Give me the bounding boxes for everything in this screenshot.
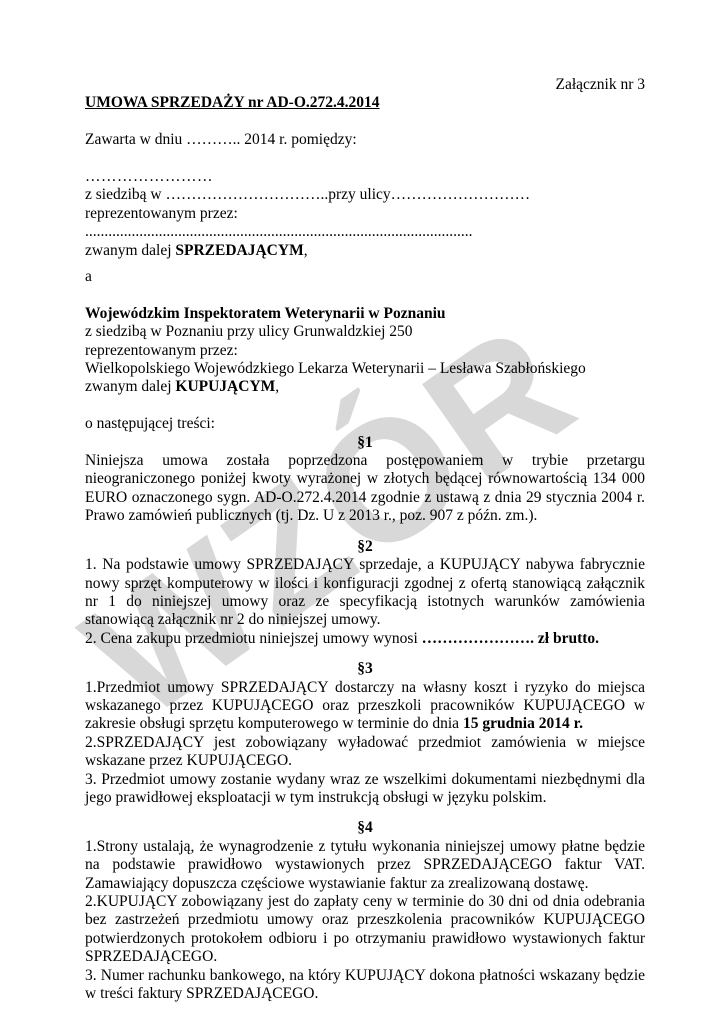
seller-representative-placeholder: ........................................… (85, 223, 645, 241)
attachment-label: Załącznik nr 3 (85, 76, 645, 94)
buyer-representative-name: Wielkopolskiego Wojewódzkiego Lekarza We… (85, 360, 645, 378)
document-page: WZÓR Załącznik nr 3 UMOWA SPRZEDAŻY nr A… (0, 0, 725, 1024)
contract-title-text: UMOWA SPRZEDAŻY nr AD-O.272.4.2014 (85, 94, 380, 111)
buyer-name: Wojewódzkim Inspektoratem Weterynarii w … (85, 305, 645, 323)
contract-body-intro: o następującej treści: (85, 415, 645, 433)
section-2: §2 1. Na podstawie umowy SPRZEDAJĄCY spr… (85, 538, 645, 648)
buyer-designation-line: zwanym dalej KUPUJĄCYM, (85, 378, 645, 396)
section-4-paragraph-2: 2.KUPUJĄCY zobowiązany jest do zapłaty c… (85, 893, 645, 967)
seller-address-line: z siedzibą w …………………………..przy ulicy……………… (85, 186, 645, 204)
seller-name-placeholder: …………………… (85, 168, 645, 186)
section-3-paragraph-3: 3. Przedmiot umowy zostanie wydany wraz … (85, 771, 645, 808)
section-4-paragraph-3: 3. Numer rachunku bankowego, na który KU… (85, 967, 645, 1004)
section-2-paragraph-2-text: 2. Cena zakupu przedmiotu niniejszej umo… (85, 630, 422, 647)
section-1-paragraph-1: Niniejsza umowa została poprzedzona post… (85, 452, 645, 526)
section-3-paragraph-2-text: 2.SPRZEDAJĄCY jest zobowiązany wyładować… (85, 734, 645, 769)
contract-content: Załącznik nr 3 UMOWA SPRZEDAŻY nr AD-O.2… (85, 76, 645, 1003)
buyer-designation-suffix: , (275, 378, 279, 395)
seller-representation-label: reprezentowanym przez: (85, 205, 645, 223)
section-4-paragraph-1: 1.Strony ustalają, że wynagrodzenie z ty… (85, 838, 645, 893)
date-line: Zawarta w dniu ……….. 2014 r. pomiędzy: (85, 131, 645, 149)
conjunction-a: a (85, 268, 645, 286)
seller-designation-suffix: , (304, 242, 308, 259)
section-1-paragraph-1-text: Niniejsza umowa została poprzedzona post… (85, 452, 645, 524)
seller-designation-name: SPRZEDAJĄCYM (175, 242, 303, 259)
section-3-paragraph-2: 2.SPRZEDAJĄCY jest zobowiązany wyładować… (85, 734, 645, 771)
buyer-designation-prefix: zwanym dalej (85, 378, 175, 395)
section-1: §1 Niniejsza umowa została poprzedzona p… (85, 434, 645, 526)
section-2-paragraph-2: 2. Cena zakupu przedmiotu niniejszej umo… (85, 630, 645, 648)
section-2-paragraph-1: 1. Na podstawie umowy SPRZEDAJĄCY sprzed… (85, 556, 645, 630)
section-2-paragraph-2-bold: …………………. zł brutto. (422, 630, 599, 647)
buyer-representation-label: reprezentowanym przez: (85, 342, 645, 360)
section-3-number: §3 (85, 660, 645, 678)
section-1-number: §1 (85, 434, 645, 452)
seller-designation-line: zwanym dalej SPRZEDAJĄCYM, (85, 242, 645, 260)
section-2-number: §2 (85, 538, 645, 556)
section-3-paragraph-1-bold: 15 grudnia 2014 r. (463, 715, 583, 732)
section-4: §4 1.Strony ustalają, że wynagrodzenie z… (85, 819, 645, 1003)
section-4-paragraph-1-text: 1.Strony ustalają, że wynagrodzenie z ty… (85, 838, 645, 892)
section-4-number: §4 (85, 819, 645, 837)
contract-title: UMOWA SPRZEDAŻY nr AD-O.272.4.2014 (85, 94, 645, 112)
section-4-paragraph-2-text: 2.KUPUJĄCY zobowiązany jest do zapłaty c… (85, 893, 645, 965)
section-3-paragraph-3-text: 3. Przedmiot umowy zostanie wydany wraz … (85, 771, 645, 806)
section-4-paragraph-3-text: 3. Numer rachunku bankowego, na który KU… (85, 967, 645, 1002)
seller-designation-prefix: zwanym dalej (85, 242, 175, 259)
section-2-paragraph-1-text: 1. Na podstawie umowy SPRZEDAJĄCY sprzed… (85, 556, 645, 628)
section-3-paragraph-1: 1.Przedmiot umowy SPRZEDAJĄCY dostarczy … (85, 679, 645, 734)
buyer-designation-name: KUPUJĄCYM (175, 378, 275, 395)
section-3: §3 1.Przedmiot umowy SPRZEDAJĄCY dostarc… (85, 660, 645, 807)
buyer-address-line: z siedzibą w Poznaniu przy ulicy Grunwal… (85, 323, 645, 341)
